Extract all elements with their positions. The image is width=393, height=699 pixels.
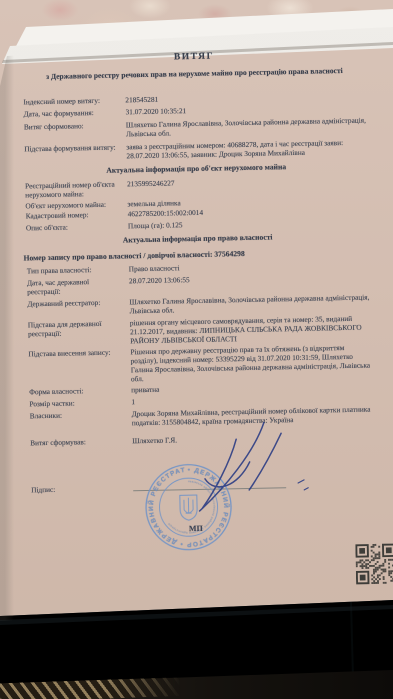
field-label: Витяг сформував: — [30, 437, 122, 448]
field-label: Індексний номер витягу: — [23, 96, 115, 107]
section-header-ownership: Актуальна інформація про право власності — [26, 231, 369, 247]
field-value: Шляхетко Галина Ярославівна, Золочівська… — [129, 292, 370, 315]
field-label: Форма власності: — [29, 386, 121, 397]
field-label: Підстава для державної реєстрації: — [28, 319, 120, 339]
field-label: Витяг сформовано: — [24, 121, 116, 132]
field-row-formation-basis: Підстава формування витягу: заява з реєс… — [24, 138, 367, 163]
field-value: 28.07.2020 13:06:55 — [129, 271, 370, 285]
pen-signature — [152, 413, 324, 520]
document-title: ВИТЯГ — [22, 50, 365, 66]
field-label: Опис об'єкта: — [26, 222, 118, 233]
photo-of-document: ВИТЯГ з Державного реєстру речових прав … — [0, 0, 393, 699]
field-value: 31.07.2020 10:35:21 — [126, 103, 367, 117]
field-label: Підпис: — [31, 483, 123, 494]
section-header-object: Актуальна інформація про об'єкт нерухомо… — [25, 161, 368, 177]
field-label: Власники: — [30, 410, 122, 421]
stamp-mark-mp: МП — [189, 524, 203, 533]
field-label: Дата, час державної реєстрації: — [27, 277, 119, 297]
field-value: рішення органу місцевого самоврядування,… — [130, 313, 371, 345]
field-label: Розмір частки: — [29, 398, 121, 409]
field-row-registration-basis: Підстава для державної реєстрації: рішен… — [28, 313, 371, 347]
field-label: Реєстраційний номер об'єкта нерухомого м… — [25, 180, 117, 200]
field-row-entry-basis: Підстава внесення запису: Рішення про де… — [28, 342, 372, 385]
field-label: Підстава внесення запису: — [28, 348, 120, 359]
field-label: Кадастровий номер: — [26, 210, 118, 221]
field-label: Державний реєстратор: — [27, 298, 119, 309]
field-row-formed-by: Витяг сформовано: Шляхетко Галина Яросла… — [24, 116, 367, 141]
field-value: Площа (га): 0.125 — [128, 217, 369, 231]
qr-code — [355, 543, 393, 585]
field-label: Дата, час формування: — [24, 108, 116, 119]
field-label: Тип права власності: — [27, 265, 119, 276]
field-label: Об'єкт нерухомого майна: — [25, 200, 117, 211]
document-content: ВИТЯГ з Державного реєстру речових прав … — [0, 0, 393, 699]
field-value: Рішення про державну реєстрацію прав та … — [130, 342, 372, 383]
field-value: 2135995246227 — [127, 175, 368, 189]
document-subtitle: з Державного реєстру речових прав на нер… — [11, 65, 378, 81]
field-value: Шляхетко Галина Ярославівна, Золочівська… — [126, 116, 367, 139]
field-label: Підстава формування витягу: — [24, 143, 116, 154]
field-value: заява з реєстраційним номером: 40688278,… — [126, 138, 367, 161]
